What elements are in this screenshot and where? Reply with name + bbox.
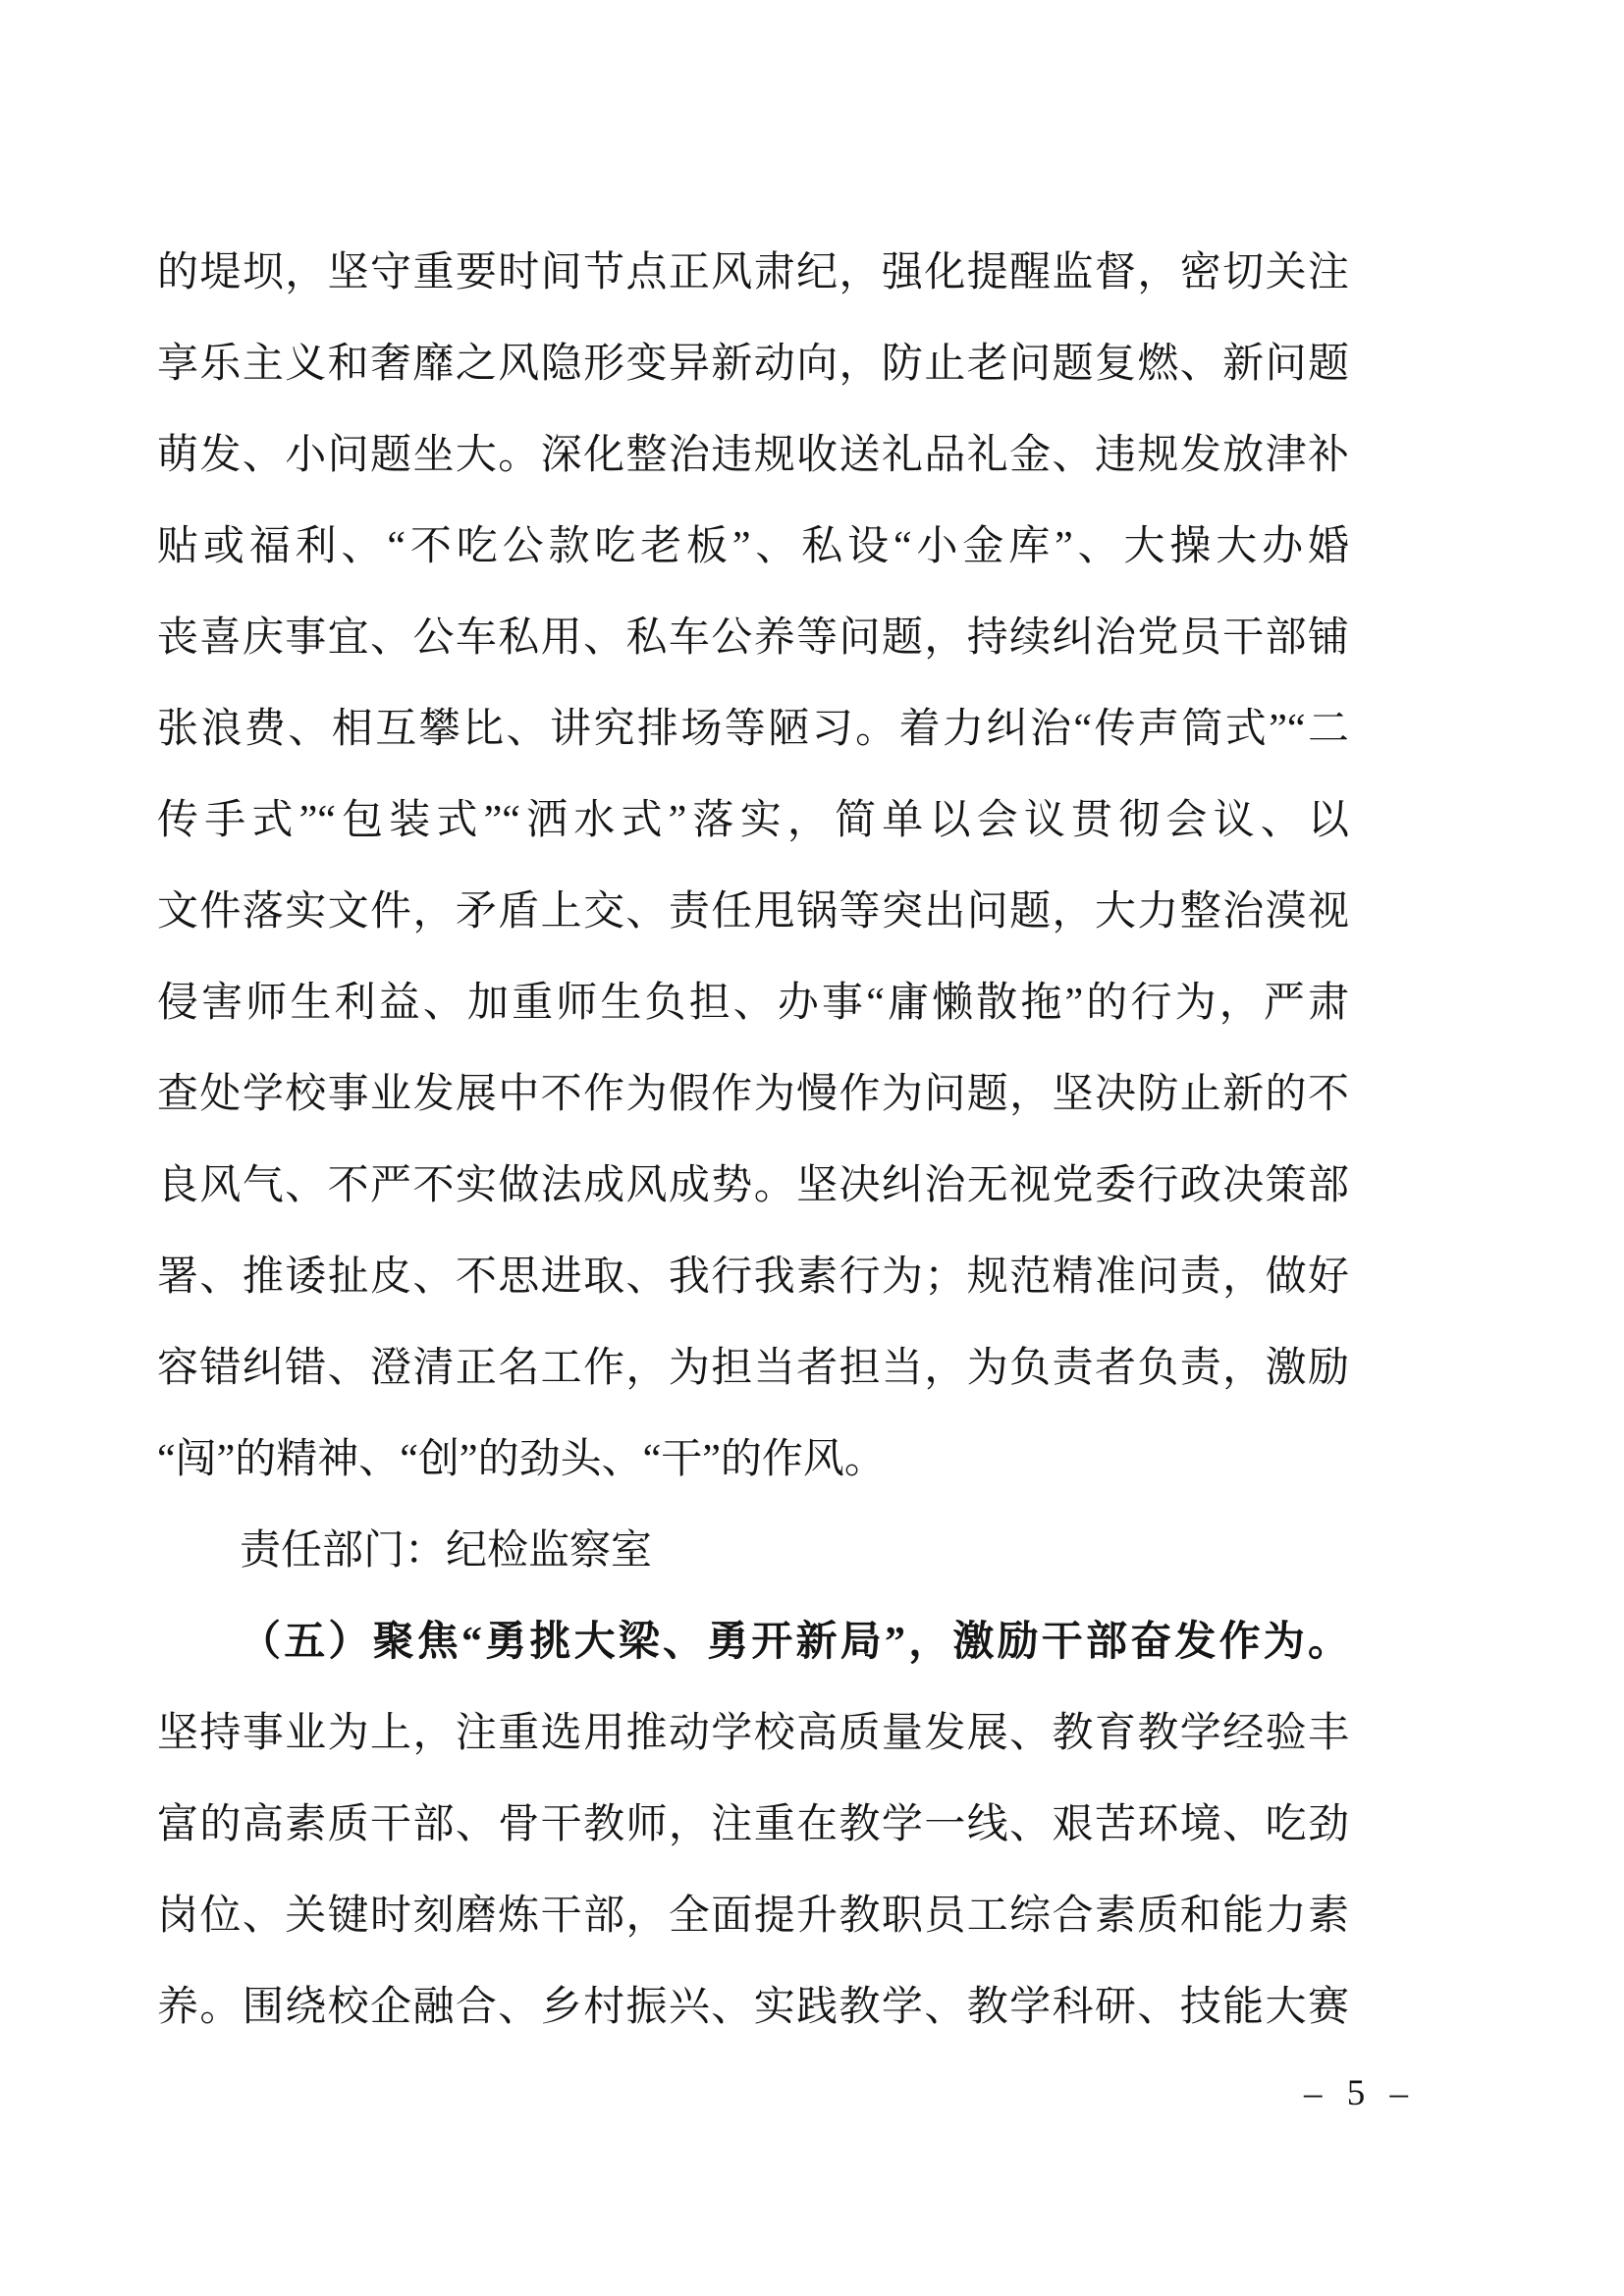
text-line: 查处学校事业发展中不作为假作为慢作为问题，坚决防止新的不 bbox=[157, 1049, 1349, 1141]
text-line: 萌发、小问题坐大。深化整治违规收送礼品礼金、违规发放津补 bbox=[157, 410, 1349, 502]
section-heading-line: （五）聚焦“勇挑大梁、勇开新局”，激励干部奋发作为。 bbox=[157, 1597, 1349, 1688]
text-line: 文件落实文件，矛盾上交、责任甩锅等突出问题，大力整治漠视 bbox=[157, 867, 1349, 958]
text-line: 侵害师生利益、加重师生负担、办事“庸懒散拖”的行为，严肃 bbox=[157, 958, 1349, 1049]
document-page: 的堤坝，坚守重要时间节点正风肃纪，强化提醒监督，密切关注 享乐主义和奢靡之风隐形… bbox=[0, 0, 1624, 2296]
text-line: 传手式”“包装式”“洒水式”落实，简单以会议贯彻会议、以 bbox=[157, 775, 1349, 867]
text-line: 容错纠错、澄清正名工作，为担当者担当，为负责者负责，激励 bbox=[157, 1323, 1349, 1415]
text-line: 张浪费、相互攀比、讲究排场等陋习。着力纠治“传声筒式”“二 bbox=[157, 684, 1349, 775]
text-line: 的堤坝，坚守重要时间节点正风肃纪，强化提醒监督，密切关注 bbox=[157, 228, 1349, 319]
text-line: 富的高素质干部、骨干教师，注重在教学一线、艰苦环境、吃劲 bbox=[157, 1780, 1349, 1871]
text-line: 岗位、关键时刻磨炼干部，全面提升教职员工综合素质和能力素 bbox=[157, 1871, 1349, 1962]
text-line: 享乐主义和奢靡之风隐形变异新动向，防止老问题复燃、新问题 bbox=[157, 319, 1349, 410]
text-line: 良风气、不严不实做法成风成势。坚决纠治无视党委行政决策部 bbox=[157, 1141, 1349, 1232]
document-body: 的堤坝，坚守重要时间节点正风肃纪，强化提醒监督，密切关注 享乐主义和奢靡之风隐形… bbox=[157, 228, 1349, 2054]
text-line: “闯”的精神、“创”的劲头、“干”的作风。 bbox=[157, 1415, 1349, 1506]
text-line: 丧喜庆事宜、公车私用、私车公养等问题，持续纠治党员干部铺 bbox=[157, 593, 1349, 684]
text-line: 署、推诿扯皮、不思进取、我行我素行为；规范精准问责，做好 bbox=[157, 1232, 1349, 1323]
text-line: 贴或福利、“不吃公款吃老板”、私设“小金库”、大操大办婚 bbox=[157, 502, 1349, 593]
responsible-department-line: 责任部门：纪检监察室 bbox=[157, 1506, 1349, 1597]
text-line: 坚持事业为上，注重选用推动学校高质量发展、教育教学经验丰 bbox=[157, 1688, 1349, 1780]
page-number: – 5 – bbox=[1304, 2069, 1416, 2118]
text-line: 养。围绕校企融合、乡村振兴、实践教学、教学科研、技能大赛 bbox=[157, 1962, 1349, 2054]
